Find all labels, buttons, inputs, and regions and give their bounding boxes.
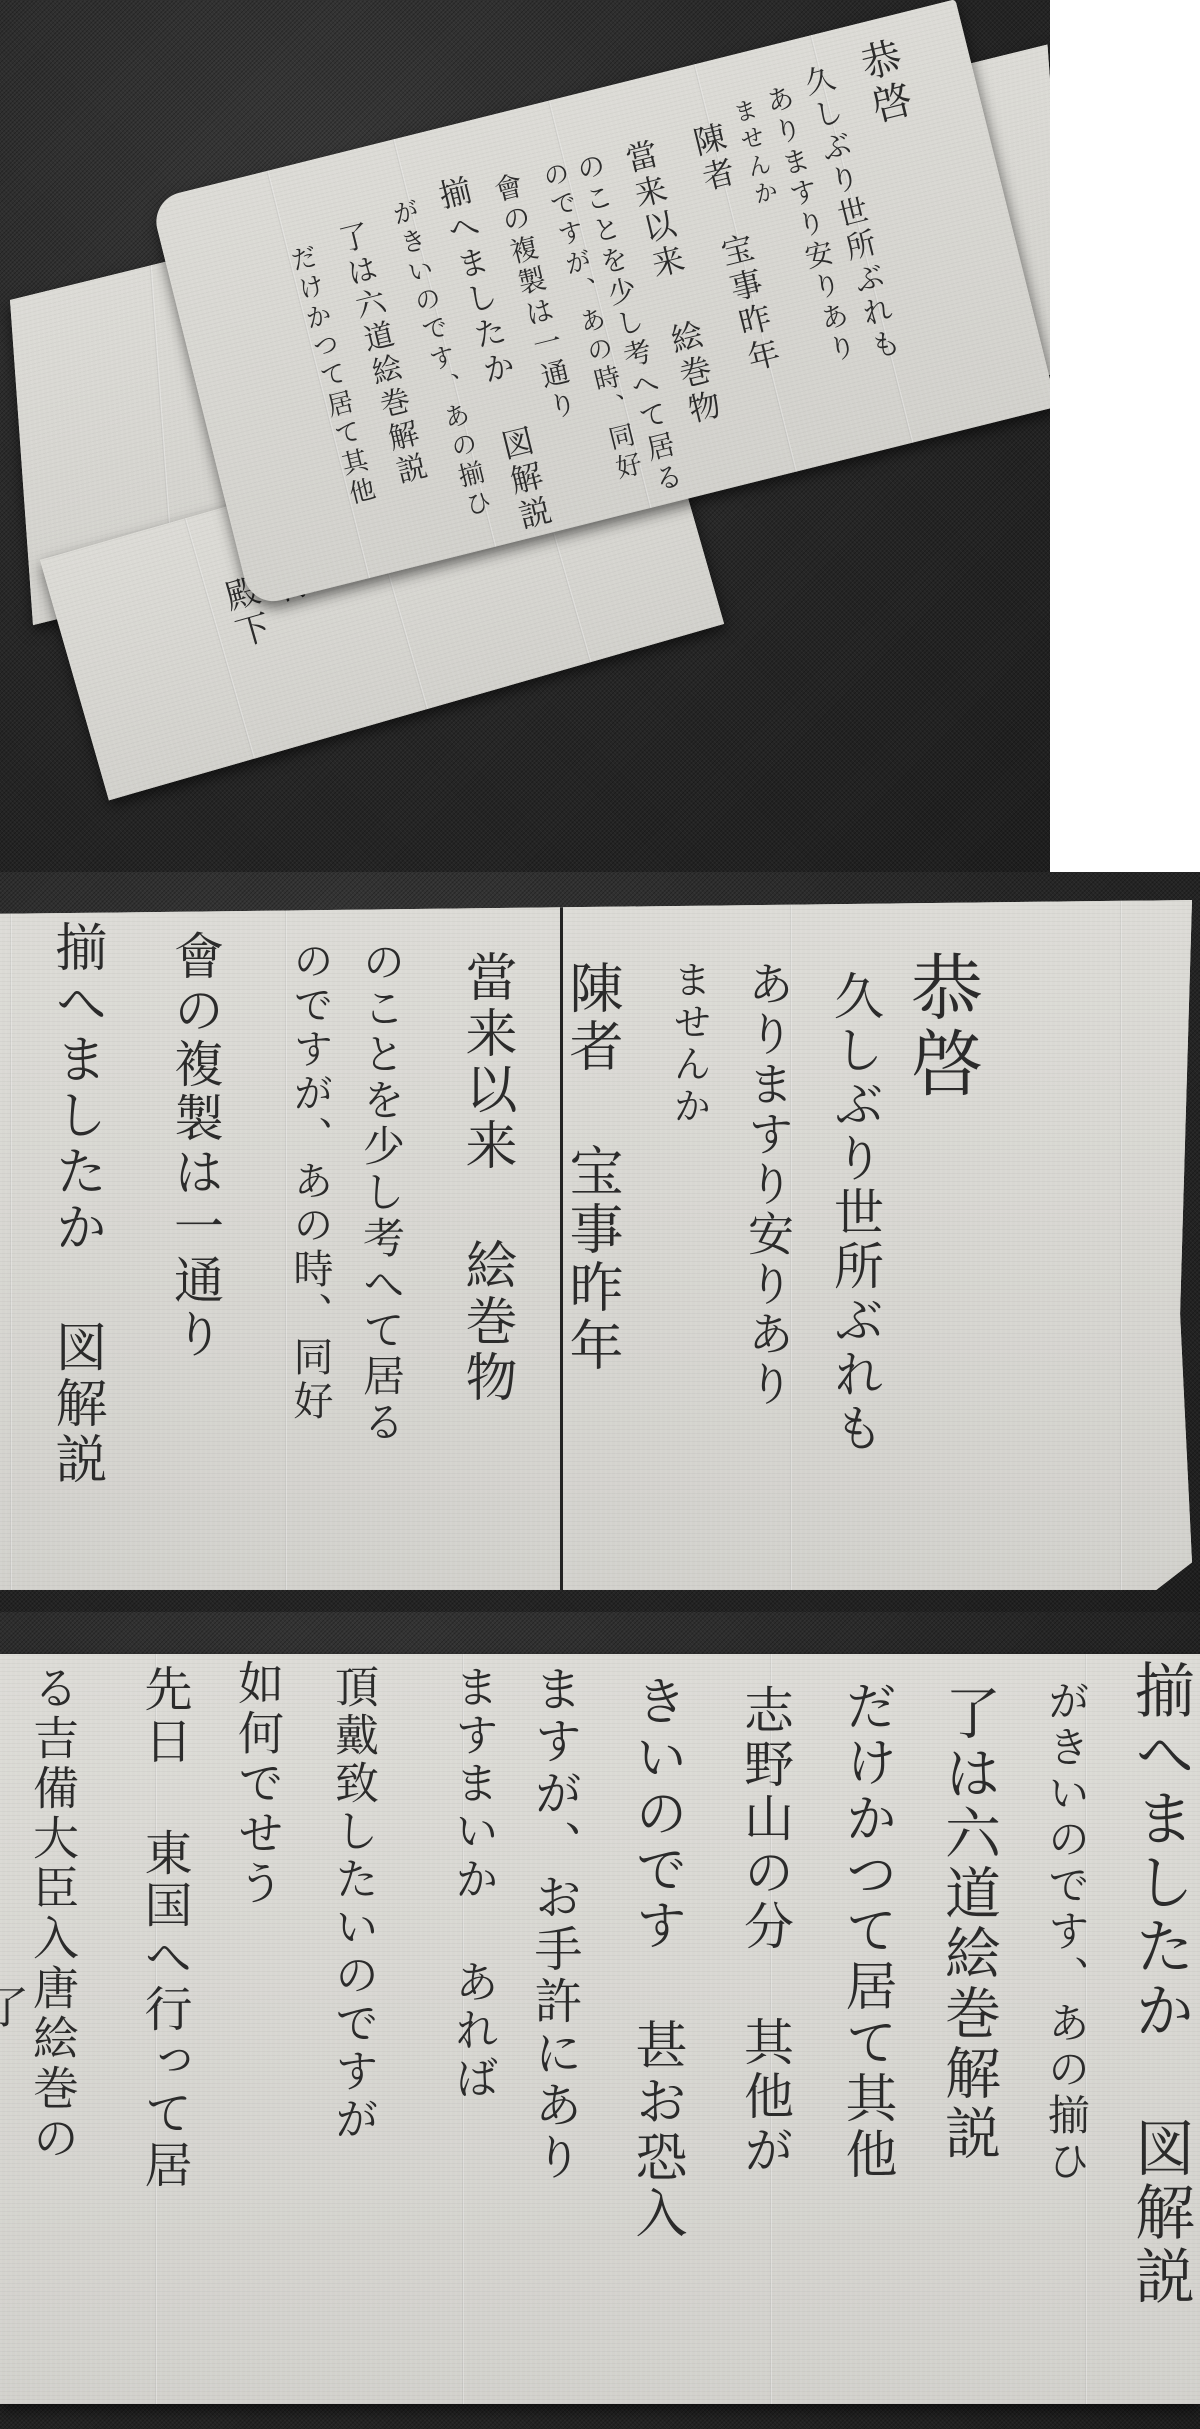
text-column: 恭啓	[905, 950, 977, 1102]
text-column: 會の複製は一通り	[170, 930, 220, 1362]
text-column: 揃へましたか 図解説	[50, 920, 102, 1488]
text-column: ますまいか あれば	[450, 1664, 494, 2103]
text-column: 陳者 宝事昨年	[565, 960, 619, 1375]
text-column: がきいのです、あの揃ひ	[1045, 1679, 1087, 2185]
text-column: のですが、あの時、同好	[290, 940, 330, 1424]
text-column: 志野山の分 其他が	[740, 1684, 790, 2178]
text-column: る吉備大臣入唐絵巻の	[30, 1664, 76, 2164]
text-column: ますが、お手許にあり	[530, 1664, 578, 2184]
text-column: だけかつて居て其他	[840, 1679, 892, 2183]
text-column: 如何でせう	[235, 1659, 281, 1909]
text-column: 頂戴致したいのですが	[330, 1664, 374, 2144]
text-column: 當来以来 絵巻物	[460, 950, 512, 1406]
text-column: 揃へましたか 図解説	[1130, 1659, 1190, 2309]
text-column: ありますり安りあり	[745, 960, 791, 1410]
text-column: のことを少し考へて居る	[360, 940, 402, 1446]
fold-line	[1120, 900, 1122, 1590]
paper-sheet: 恭啓 久しぶり世所ぶれも ありますり安りあり ませんか 陳者 宝事昨年 當来以来…	[0, 900, 1192, 1590]
text-column: ませんか	[670, 960, 708, 1128]
photo-closeup-opening: 恭啓 久しぶり世所ぶれも ありますり安りあり ませんか 陳者 宝事昨年 當来以来…	[0, 872, 1200, 1612]
text-column: 久しぶり世所ぶれも	[830, 970, 880, 1456]
paper-upper-sheet: 恭啓 久しぶり世所ぶれも ありますり安りあり ませんか 陳者 宝事昨年 當来以来…	[150, 0, 1050, 608]
text-column: きいのです 甚お恐入	[630, 1674, 682, 2242]
text-column: 恭啓	[853, 36, 913, 131]
fold-line	[10, 900, 12, 1590]
photo-closeup-continuation: 揃へましたか 図解説 がきいのです、あの揃ひ 了は六道絵巻解説 だけかつて居て其…	[0, 1612, 1200, 2429]
paper-sheet: 揃へましたか 図解説 がきいのです、あの揃ひ 了は六道絵巻解説 だけかつて居て其…	[0, 1654, 1200, 2404]
photo-overview: 様 殿下 雄 恭啓 久しぶり世所ぶれも ありますり安りあり ませんか 陳者 宝事…	[0, 0, 1050, 872]
text-column: 了は六道絵巻解説	[940, 1684, 996, 2164]
text-column: 先日 東国へ行って居	[140, 1664, 188, 2192]
text-column: 了	[0, 1984, 24, 2032]
blank-margin	[1050, 0, 1200, 872]
